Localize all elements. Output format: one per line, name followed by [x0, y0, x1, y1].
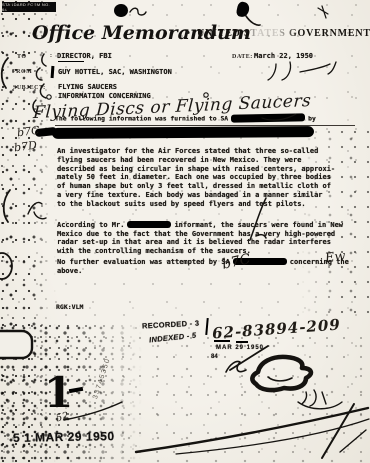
date-scribble [268, 62, 336, 80]
from-label: FROM [12, 69, 32, 75]
file-number-stroke [205, 318, 208, 335]
left-arc-1 [2, 58, 8, 88]
redaction-bar-informant [127, 221, 171, 228]
white-patch [0, 331, 32, 358]
file-number-underline-2 [236, 341, 248, 343]
subject-label: SUBJECT: [13, 85, 46, 91]
right-diagonal-2 [340, 430, 366, 452]
bottom-swoosh-1 [136, 408, 368, 452]
indexed-stamp: INDEXED - 5 [149, 331, 197, 345]
reviewer-initials: Ew [324, 249, 347, 267]
subject-value-line1: FLYING SAUCERS [58, 83, 117, 91]
left-circle [0, 253, 12, 279]
para2-margin-mark [28, 202, 46, 218]
date-value: March 22, 1950 [254, 52, 313, 60]
org-title: UNITED STATES GOVERNMENT [197, 28, 370, 39]
to-underline [58, 61, 84, 62]
small-date-stamp: MAR 29 1950 [216, 345, 264, 351]
stp-squiggle [226, 361, 246, 372]
top-right-tick [318, 6, 328, 18]
blob-side-marks [302, 390, 326, 406]
top-squiggle [130, 8, 146, 15]
small-number-stamp: 84 [211, 354, 218, 360]
to-separator: : [50, 53, 53, 59]
masthead-bullet: • [186, 27, 190, 39]
ink-loop-inner [268, 377, 292, 381]
from-value: GUY HOTTEL, SAC, WASHINGTON [58, 68, 172, 76]
typist-initials: RGK:VLM [56, 303, 83, 311]
to-label: TO [17, 54, 27, 60]
intro-line: The following information was furnished … [55, 114, 355, 126]
standard-form-box: STANDARD FORM NO. 64 [2, 2, 56, 12]
date-label: DATE: [232, 54, 253, 60]
ink-blob [236, 1, 251, 18]
margin-note-b7d: b7D [13, 139, 37, 155]
redaction-bar-long [52, 126, 314, 139]
dash-mark [69, 387, 83, 393]
bottom-swoosh-2 [176, 419, 369, 454]
received-date-stamp: 5 1 MAR 29 1950 [13, 429, 115, 445]
memo-page: STANDARD FORM NO. 64 Office Memorandum •… [0, 0, 370, 463]
file-number: 62-83894-209 [212, 316, 342, 343]
note-52: 52 [55, 411, 70, 425]
script-circle-1 [47, 95, 51, 99]
left-arc-2 [4, 190, 10, 222]
ink-dot [114, 4, 128, 17]
paragraph-2-pre: According to Mr. [57, 221, 124, 229]
paragraph-3: No further evaluation was attempted by S… [57, 249, 357, 275]
paragraph-3-pre: No further evaluation was attempted by S… [57, 258, 230, 266]
recorded-stamp: RECORDED - 3 [142, 319, 200, 331]
file-number-underline-1 [214, 340, 230, 342]
margin-note-b7c: b7C [16, 124, 40, 140]
standard-form-label: STANDARD FORM NO. 64 [2, 2, 56, 12]
redaction-bar [231, 113, 305, 122]
intro-tail: by [308, 115, 316, 123]
ink-loop-blob [252, 357, 311, 390]
to-value: DIRECTOR, FBI [57, 52, 112, 60]
vertical-serial: 33745350 [92, 357, 112, 400]
ink-mark [51, 66, 55, 78]
intro-text: The following information was furnished … [55, 115, 228, 123]
right-diagonal-1 [322, 404, 354, 458]
paragraph-1: An investigator for the Air Forces state… [57, 147, 355, 209]
blob-side-swoosh [298, 402, 342, 409]
